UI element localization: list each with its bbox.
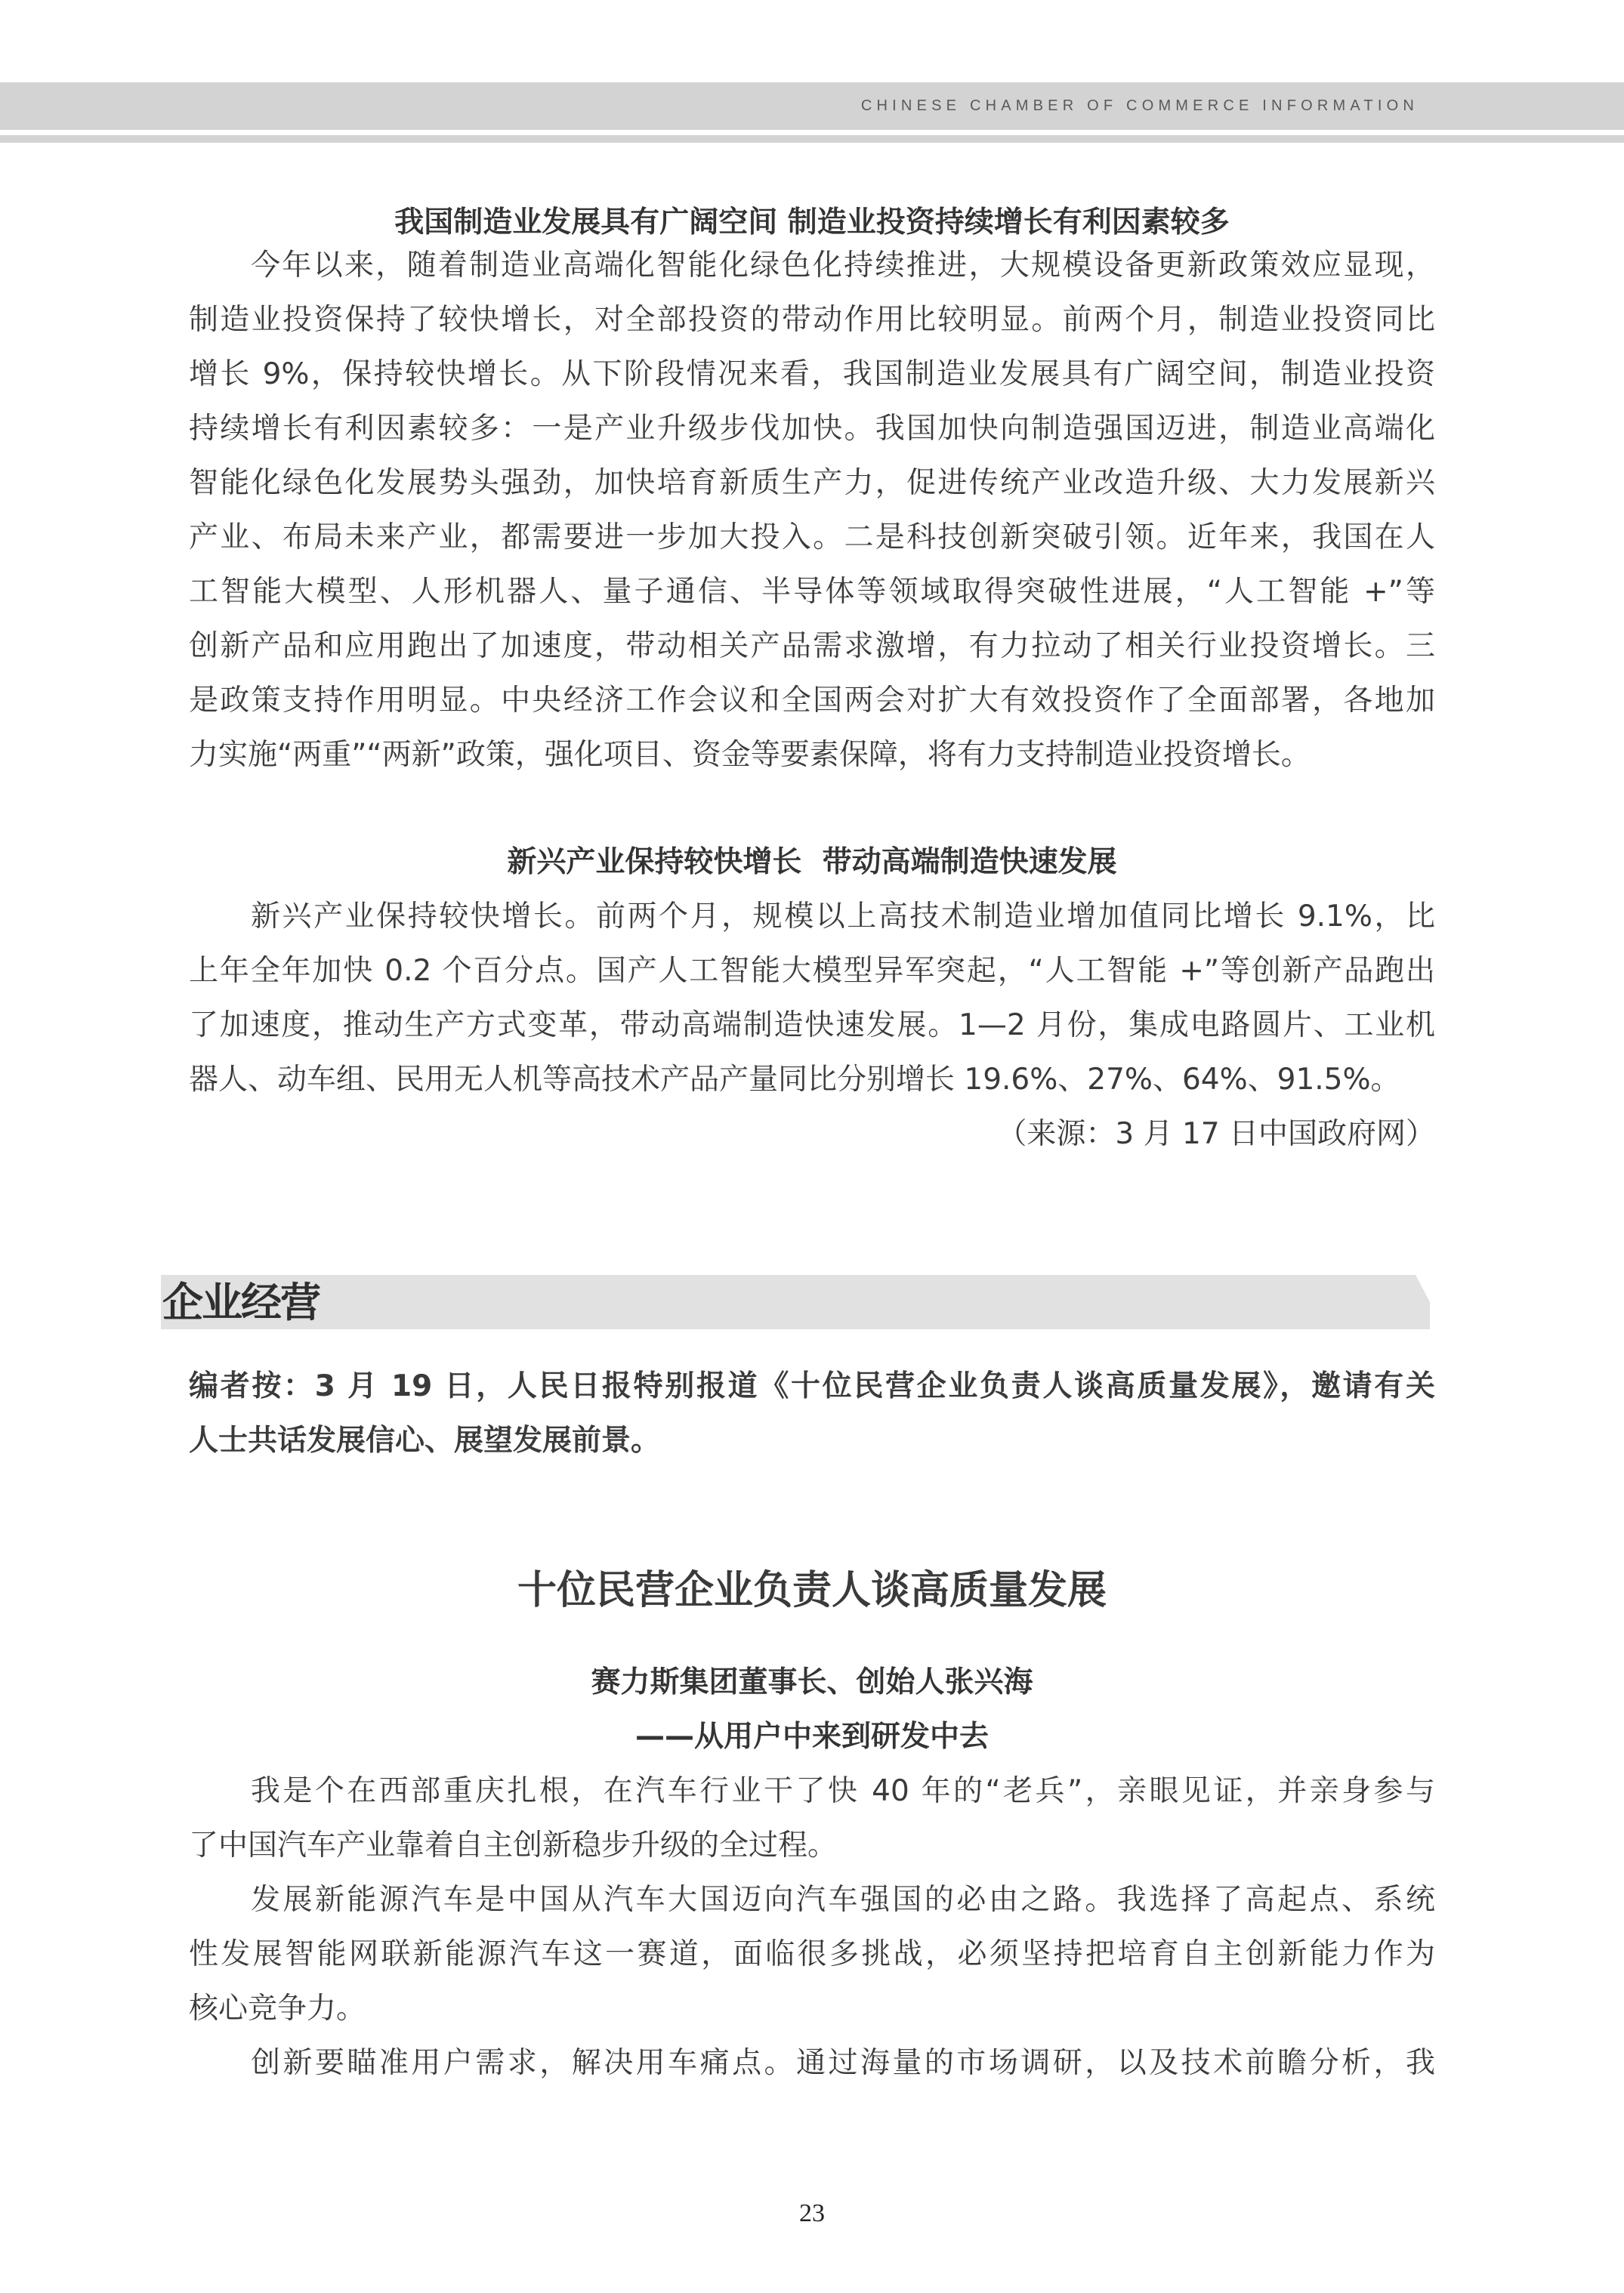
- paragraph-line: 器人、动车组、民用无人机等高技术产品产量同比分别增长 19.6%、27%、64%…: [189, 1053, 1435, 1107]
- paragraph-line: 是政策支持作用明显。中央经济工作会议和全国两会对扩大有效投资作了全面部署，各地加: [189, 674, 1435, 728]
- paragraph-line: 新兴产业保持较快增长。前两个月，规模以上高技术制造业增加值同比增长 9.1%，比: [189, 890, 1435, 944]
- paragraph-line: 制造业投资保持了较快增长，对全部投资的带动作用比较明显。前两个月，制造业投资同比: [189, 293, 1435, 347]
- paragraph-line: 创新产品和应用跑出了加速度，带动相关产品需求激增，有力拉动了相关行业投资增长。三: [189, 619, 1435, 674]
- paragraph-line: 创新要瞄准用户需求，解决用车痛点。通过海量的市场调研，以及技术前瞻分析，我: [189, 2036, 1435, 2091]
- article-subtitle: 赛力斯集团董事长、创始人张兴海: [189, 1656, 1435, 1710]
- article-subtitle: ——从用户中来到研发中去: [189, 1710, 1435, 1764]
- page-number: 23: [0, 2199, 1624, 2228]
- paragraph-line: 持续增长有利因素较多：一是产业升级步伐加快。我国加快向制造强国迈进，制造业高端化: [189, 402, 1435, 456]
- section-banner: [161, 1275, 1430, 1329]
- paragraph-line: 增长 9%，保持较快增长。从下阶段情况来看，我国制造业发展具有广阔空间，制造业投…: [189, 347, 1435, 402]
- paragraph-line: 上年全年加快 0.2 个百分点。国产人工智能大模型异军突起，“人工智能 +”等创…: [189, 944, 1435, 998]
- paragraph-line: 核心竞争力。: [189, 1982, 1435, 2036]
- paragraph-line: 我是个在西部重庆扎根，在汽车行业干了快 40 年的“老兵”，亲眼见证，并亲身参与: [189, 1764, 1435, 1819]
- paragraph-line: 了中国汽车产业靠着自主创新稳步升级的全过程。: [189, 1819, 1435, 1873]
- header-rule: [0, 135, 1624, 143]
- article-title: 十位民营企业负责人谈高质量发展: [189, 1563, 1435, 1618]
- source-note: （来源：3 月 17 日中国政府网）: [189, 1107, 1435, 1162]
- paragraph-line: 力实施“两重”“两新”政策，强化项目、资金等要素保障，将有力支持制造业投资增长。: [189, 728, 1435, 782]
- editor-note-line: 人士共话发展信心、展望发展前景。: [189, 1414, 1435, 1468]
- section-title: 企业经营: [162, 1275, 320, 1329]
- paragraph-line: 今年以来，随着制造业高端化智能化绿色化持续推进，大规模设备更新政策效应显现，: [189, 239, 1435, 293]
- running-title: CHINESE CHAMBER OF COMMERCE INFORMATION: [861, 95, 1419, 116]
- paragraph-line: 工智能大模型、人形机器人、量子通信、半导体等领域取得突破性进展，“人工智能 +”…: [189, 565, 1435, 619]
- paragraph-line: 发展新能源汽车是中国从汽车大国迈向汽车强国的必由之路。我选择了高起点、系统: [189, 1873, 1435, 1927]
- editor-note-line: 编者按：3 月 19 日，人民日报特别报道《十位民营企业负责人谈高质量发展》，邀…: [189, 1359, 1435, 1414]
- paragraph-line: 智能化绿色化发展势头强劲，加快培育新质生产力，促进传统产业改造升级、大力发展新兴: [189, 456, 1435, 511]
- article-subheading: 新兴产业保持较快增长 带动高端制造快速发展: [189, 835, 1435, 890]
- paragraph-line: 了加速度，推动生产方式变革，带动高端制造快速发展。1—2 月份，集成电路圆片、工…: [189, 998, 1435, 1053]
- paragraph-line: 性发展智能网联新能源汽车这一赛道，面临很多挑战，必须坚持把培育自主创新能力作为: [189, 1927, 1435, 1982]
- paragraph-line: 产业、布局未来产业，都需要进一步加大投入。二是科技创新突破引领。近年来，我国在人: [189, 511, 1435, 565]
